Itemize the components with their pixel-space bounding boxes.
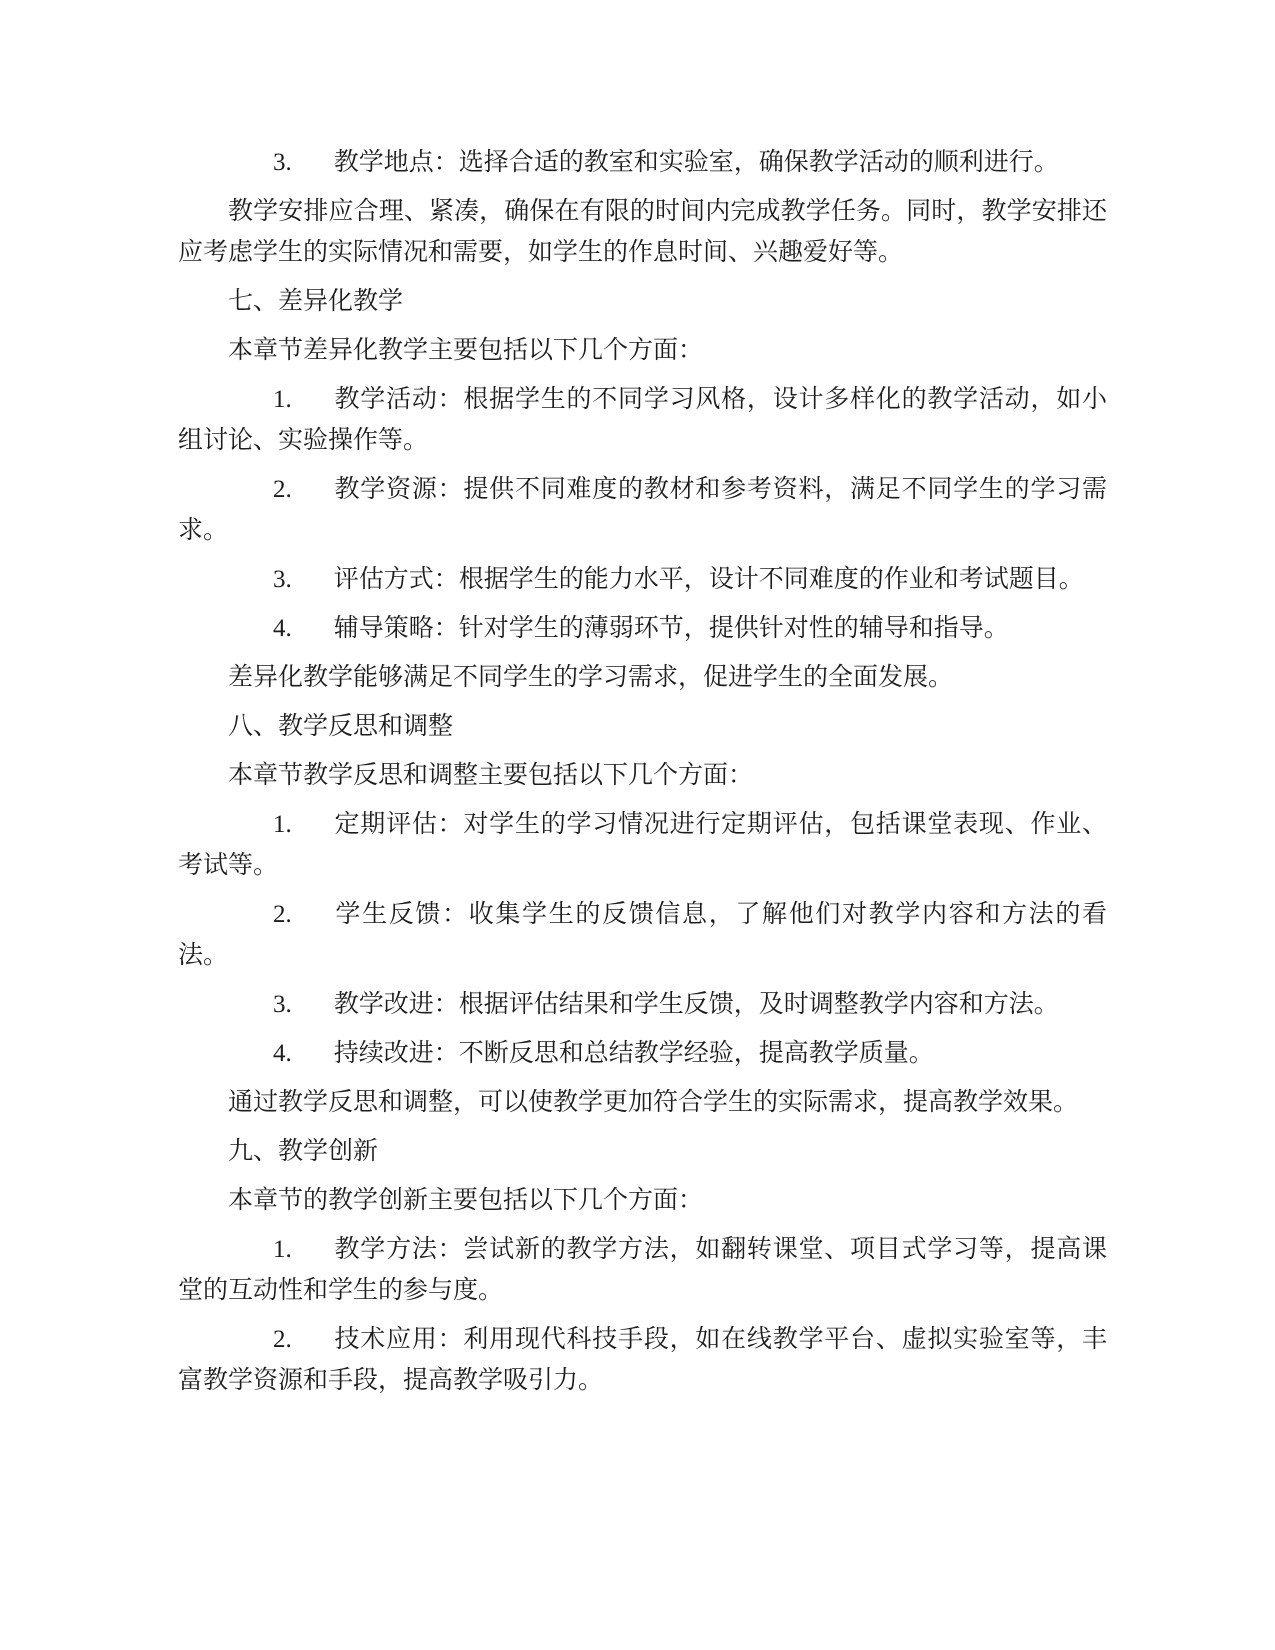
list-number: 2. (273, 476, 292, 503)
list-text: 定期评估：对学生的学习情况进行定期评估，包括课堂表现、作业、考试等。 (178, 811, 1107, 879)
section-heading: 八、教学反思和调整 (178, 706, 1107, 747)
body-paragraph: 本章节差异化教学主要包括以下几个方面： (178, 330, 1107, 371)
list-item: 3.教学改进：根据评估结果和学生反馈，及时调整教学内容和方法。 (178, 984, 1107, 1025)
list-text: 技术应用：利用现代科技手段，如在线教学平台、虚拟实验室等，丰富教学资源和手段，提… (178, 1326, 1107, 1394)
list-number: 3. (273, 991, 292, 1018)
list-text: 教学地点：选择合适的教室和实验室，确保教学活动的顺利进行。 (292, 149, 1059, 176)
list-item: 2.教学资源：提供不同难度的教材和参考资料，满足不同学生的学习需求。 (178, 469, 1107, 551)
list-text: 评估方式：根据学生的能力水平，设计不同难度的作业和考试题目。 (292, 566, 1084, 593)
body-paragraph: 本章节教学反思和调整主要包括以下几个方面： (178, 755, 1107, 796)
list-item: 3.教学地点：选择合适的教室和实验室，确保教学活动的顺利进行。 (178, 142, 1107, 183)
document-page: 3.教学地点：选择合适的教室和实验室，确保教学活动的顺利进行。 教学安排应合理、… (0, 0, 1275, 1650)
list-item: 1.教学活动：根据学生的不同学习风格，设计多样化的教学活动，如小组讨论、实验操作… (178, 379, 1107, 461)
list-text: 教学方法：尝试新的教学方法，如翻转课堂、项目式学习等，提高课堂的互动性和学生的参… (178, 1236, 1107, 1304)
list-number: 4. (273, 615, 292, 642)
list-number: 3. (273, 566, 292, 593)
list-number: 1. (273, 811, 292, 838)
list-number: 1. (273, 386, 292, 413)
body-paragraph: 本章节的教学创新主要包括以下几个方面： (178, 1180, 1107, 1221)
list-text: 教学资源：提供不同难度的教材和参考资料，满足不同学生的学习需求。 (178, 476, 1107, 544)
list-text: 持续改进：不断反思和总结教学经验，提高教学质量。 (292, 1040, 934, 1067)
list-item: 1.教学方法：尝试新的教学方法，如翻转课堂、项目式学习等，提高课堂的互动性和学生… (178, 1229, 1107, 1311)
list-item: 1.定期评估：对学生的学习情况进行定期评估，包括课堂表现、作业、考试等。 (178, 804, 1107, 886)
list-text: 学生反馈：收集学生的反馈信息，了解他们对教学内容和方法的看法。 (178, 901, 1107, 969)
list-number: 1. (273, 1236, 292, 1263)
list-text: 辅导策略：针对学生的薄弱环节，提供针对性的辅导和指导。 (292, 615, 1009, 642)
body-paragraph: 教学安排应合理、紧凑，确保在有限的时间内完成教学任务。同时，教学安排还应考虑学生… (178, 191, 1107, 273)
list-item: 2.技术应用：利用现代科技手段，如在线教学平台、虚拟实验室等，丰富教学资源和手段… (178, 1319, 1107, 1401)
list-number: 3. (273, 149, 292, 176)
list-text: 教学活动：根据学生的不同学习风格，设计多样化的教学活动，如小组讨论、实验操作等。 (178, 386, 1107, 454)
list-number: 2. (273, 1326, 292, 1353)
list-item: 3.评估方式：根据学生的能力水平，设计不同难度的作业和考试题目。 (178, 559, 1107, 600)
section-heading: 九、教学创新 (178, 1131, 1107, 1172)
list-item: 4.辅导策略：针对学生的薄弱环节，提供针对性的辅导和指导。 (178, 608, 1107, 649)
body-paragraph: 差异化教学能够满足不同学生的学习需求，促进学生的全面发展。 (178, 657, 1107, 698)
list-item: 4.持续改进：不断反思和总结教学经验，提高教学质量。 (178, 1033, 1107, 1074)
list-text: 教学改进：根据评估结果和学生反馈，及时调整教学内容和方法。 (292, 991, 1059, 1018)
list-number: 4. (273, 1040, 292, 1067)
body-paragraph: 通过教学反思和调整，可以使教学更加符合学生的实际需求，提高教学效果。 (178, 1082, 1107, 1123)
list-number: 2. (273, 901, 292, 928)
section-heading: 七、差异化教学 (178, 281, 1107, 322)
list-item: 2.学生反馈：收集学生的反馈信息，了解他们对教学内容和方法的看法。 (178, 894, 1107, 976)
